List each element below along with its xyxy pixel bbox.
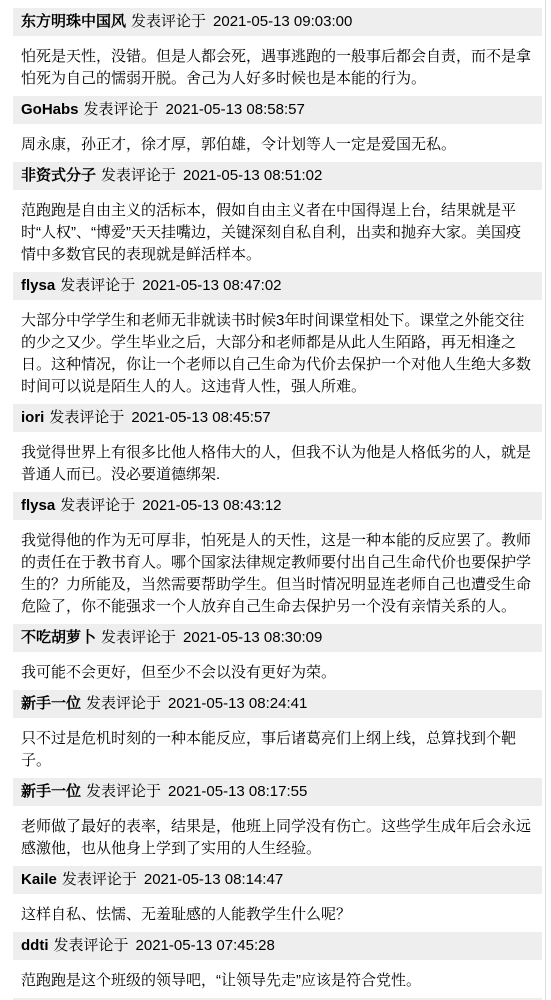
page-right-border — [545, 0, 546, 1000]
comment-text: 范跑跑是这个班级的领导吧，“让领导先走”应该是符合党性。 — [13, 960, 542, 998]
comment-item: GoHabs发表评论于2021-05-13 08:58:57 周永康，孙正才，徐… — [13, 96, 542, 162]
comment-username: 东方明珠中国风 — [21, 13, 126, 30]
posted-label: 发表评论于 — [49, 409, 124, 426]
comment-header: 东方明珠中国风发表评论于2021-05-13 09:03:00 — [13, 8, 542, 36]
posted-label: 发表评论于 — [86, 783, 161, 800]
comment-header: 非资式分子发表评论于2021-05-13 08:51:02 — [13, 162, 542, 190]
comment-timestamp: 2021-05-13 08:47:02 — [142, 277, 281, 294]
comment-item: 新手一位发表评论于2021-05-13 08:24:41 只不过是危机时刻的一种… — [13, 690, 542, 778]
comment-header: GoHabs发表评论于2021-05-13 08:58:57 — [13, 96, 542, 124]
comment-timestamp: 2021-05-13 08:30:09 — [183, 629, 322, 646]
comment-timestamp: 2021-05-13 08:17:55 — [168, 783, 307, 800]
comment-username: flysa — [21, 497, 55, 514]
comment-timestamp: 2021-05-13 08:58:57 — [166, 101, 305, 118]
comment-text: 大部分中学学生和老师无非就读书时候3年时间课堂相处下。课堂之外能交往的少之又少。… — [13, 300, 542, 404]
comment-timestamp: 2021-05-13 08:43:12 — [142, 497, 281, 514]
comment-text: 我觉得世界上有很多比他人格伟大的人，但我不认为他是人格低劣的人，就是普通人而已。… — [13, 432, 542, 492]
comment-header: 新手一位发表评论于2021-05-13 08:24:41 — [13, 690, 542, 718]
posted-label: 发表评论于 — [60, 497, 135, 514]
comment-header: flysa发表评论于2021-05-13 08:47:02 — [13, 272, 542, 300]
comment-text: 这样自私、怯懦、无羞耻感的人能教学生什么呢？ — [13, 894, 542, 932]
comment-text: 周永康，孙正才，徐才厚，郭伯雄，令计划等人一定是爱国无私。 — [13, 124, 542, 162]
comment-item: 新手一位发表评论于2021-05-13 08:17:55 老师做了最好的表率，结… — [13, 778, 542, 866]
comment-item: 不吃胡萝卜发表评论于2021-05-13 08:30:09 我可能不会更好，但至… — [13, 624, 542, 690]
comment-username: GoHabs — [21, 101, 79, 118]
comment-header: 不吃胡萝卜发表评论于2021-05-13 08:30:09 — [13, 624, 542, 652]
comment-text: 老师做了最好的表率，结果是，他班上同学没有伤亡。这些学生成年后会永远感激他，也从… — [13, 806, 542, 866]
comment-username: 不吃胡萝卜 — [21, 629, 96, 646]
comment-username: iori — [21, 409, 44, 426]
comment-username: 非资式分子 — [21, 167, 96, 184]
comment-header: ddti发表评论于2021-05-13 07:45:28 — [13, 932, 542, 960]
comment-timestamp: 2021-05-13 08:14:47 — [144, 871, 283, 888]
comment-header: 新手一位发表评论于2021-05-13 08:17:55 — [13, 778, 542, 806]
comment-item: flysa发表评论于2021-05-13 08:47:02 大部分中学学生和老师… — [13, 272, 542, 404]
comments-list: 东方明珠中国风发表评论于2021-05-13 09:03:00 怕死是天性，没错… — [13, 8, 542, 1000]
posted-label: 发表评论于 — [54, 937, 129, 954]
posted-label: 发表评论于 — [60, 277, 135, 294]
comment-item: ddti发表评论于2021-05-13 07:45:28 范跑跑是这个班级的领导… — [13, 932, 542, 998]
comment-timestamp: 2021-05-13 09:03:00 — [213, 13, 352, 30]
posted-label: 发表评论于 — [101, 167, 176, 184]
comment-username: 新手一位 — [21, 695, 81, 712]
posted-label: 发表评论于 — [101, 629, 176, 646]
posted-label: 发表评论于 — [131, 13, 206, 30]
comment-text: 只不过是危机时刻的一种本能反应，事后诸葛亮们上纲上线，总算找到个靶子。 — [13, 718, 542, 778]
comment-item: 东方明珠中国风发表评论于2021-05-13 09:03:00 怕死是天性，没错… — [13, 8, 542, 96]
comment-text: 怕死是天性，没错。但是人都会死，遇事逃跑的一般事后都会自责，而不是拿怕死为自己的… — [13, 36, 542, 96]
comment-text: 我觉得他的作为无可厚非，怕死是人的天性，这是一种本能的反应罢了。教师的责任在于教… — [13, 520, 542, 624]
comment-item: Kaile发表评论于2021-05-13 08:14:47 这样自私、怯懦、无羞… — [13, 866, 542, 932]
comment-header: iori发表评论于2021-05-13 08:45:57 — [13, 404, 542, 432]
comment-item: iori发表评论于2021-05-13 08:45:57 我觉得世界上有很多比他… — [13, 404, 542, 492]
comment-header: flysa发表评论于2021-05-13 08:43:12 — [13, 492, 542, 520]
comment-username: 新手一位 — [21, 783, 81, 800]
posted-label: 发表评论于 — [62, 871, 137, 888]
comment-username: Kaile — [21, 871, 57, 888]
posted-label: 发表评论于 — [84, 101, 159, 118]
comment-timestamp: 2021-05-13 08:24:41 — [168, 695, 307, 712]
comment-text: 范跑跑是自由主义的活标本，假如自由主义者在中国得逞上台，结果就是平时“人权”、“… — [13, 190, 542, 272]
comment-text: 我可能不会更好，但至少不会以没有更好为荣。 — [13, 652, 542, 690]
comment-timestamp: 2021-05-13 08:45:57 — [131, 409, 270, 426]
comment-header: Kaile发表评论于2021-05-13 08:14:47 — [13, 866, 542, 894]
comment-username: ddti — [21, 937, 49, 954]
comment-username: flysa — [21, 277, 55, 294]
posted-label: 发表评论于 — [86, 695, 161, 712]
comment-timestamp: 2021-05-13 08:51:02 — [183, 167, 322, 184]
comment-item: flysa发表评论于2021-05-13 08:43:12 我觉得他的作为无可厚… — [13, 492, 542, 624]
comment-timestamp: 2021-05-13 07:45:28 — [136, 937, 275, 954]
comment-item: 非资式分子发表评论于2021-05-13 08:51:02 范跑跑是自由主义的活… — [13, 162, 542, 272]
